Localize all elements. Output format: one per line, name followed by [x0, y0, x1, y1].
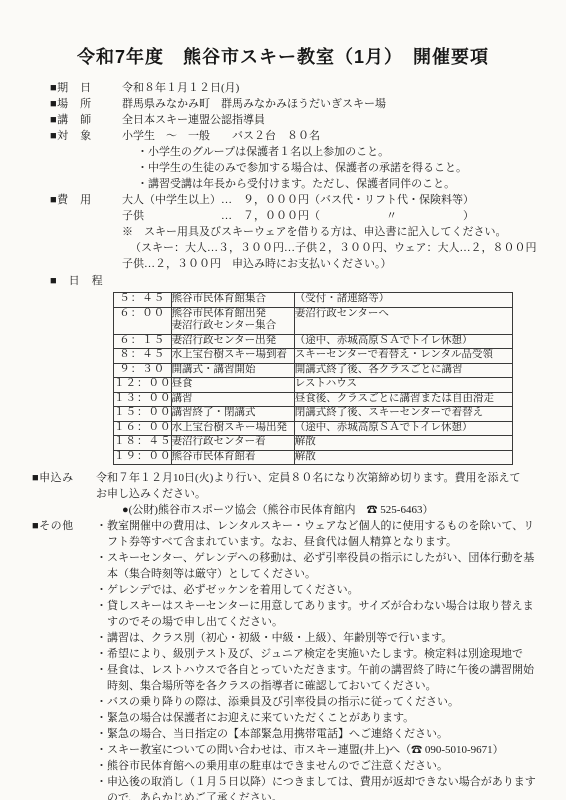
schedule-row: １２：００ 昼食 レストハウス — [114, 378, 513, 393]
schedule-activity: 開講式・講習開始 — [171, 363, 294, 378]
schedule-note: （途中、赤城高原ＳＡでトイレ休憩） — [294, 334, 512, 349]
schedule-time: ９：３０ — [114, 363, 172, 378]
date-value: 令和８年１月１２日(月) — [122, 80, 566, 96]
schedule-time: １８：４５ — [114, 436, 172, 451]
schedule-time: １２：００ — [114, 378, 172, 393]
schedule-activity: 妻沼行政センター着 — [171, 436, 294, 451]
fee-rental-prices: （スキー：大人…３，３００円…子供２，３００円、ウェア：大人…２，８００円 — [0, 240, 566, 256]
schedule-row: １６：００ 水上宝台樹スキー場出発 （途中、赤城高原ＳＡでトイレ休憩） — [114, 421, 513, 436]
schedule-row: １８：４５ 妻沼行政センター着 解散 — [114, 436, 513, 451]
schedule-activity: 妻沼行政センター出発 — [171, 334, 294, 349]
row-target: ■対 象 小学生 ～ 一般 バス２台 ８０名 — [0, 128, 566, 144]
schedule-activity: 水上宝台樹スキー場到着 — [171, 349, 294, 364]
schedule-note: （受付・諸連絡等） — [294, 293, 512, 308]
fee-rental-note: ※ スキー用具及びスキーウェアを借りる方は、申込書に記入してください。 — [0, 224, 566, 240]
date-label: ■期 日 — [50, 80, 122, 96]
schedule-label: ■ 日 程 — [0, 273, 566, 289]
schedule-note: スキーセンターで着替え・レンタル品受領 — [294, 349, 512, 364]
others-item: ・スキーセンター、ゲレンデへの移動は、必ず引率役員の指示にしたがい、団体行動を基… — [96, 550, 538, 582]
application-line1: 令和７年１２月10日(火)より行い、定員８０名になり次第締め切ります。費用を添え… — [96, 470, 538, 486]
schedule-note: レストハウス — [294, 378, 512, 393]
schedule-row: １５：００ 講習終了・閉講式 閉講式終了後、スキーセンターで着替え — [114, 407, 513, 422]
others-list: ・教室開催中の費用は、レンタルスキー・ウェアなど個人的に使用するものを除いて、リ… — [96, 518, 538, 800]
schedule-activity: 講習終了・閉講式 — [171, 407, 294, 422]
others-item: ・申込後の取消し（１月５日以降）につきましては、費用が返却できない場合があります… — [96, 774, 538, 800]
target-note: ・小学生のグループは保護者１名以上参加のこと。 — [0, 144, 566, 160]
schedule-activity-line2: 妻沼行政センター集合 — [172, 320, 294, 333]
schedule-time: ５：４５ — [114, 293, 172, 308]
schedule-time: ８：４５ — [114, 349, 172, 364]
others-item: ・教室開催中の費用は、レンタルスキー・ウェアなど個人的に使用するものを除いて、リ… — [96, 518, 538, 550]
row-date: ■期 日 令和８年１月１２日(月) — [0, 80, 566, 96]
others-section: ■その他 ・教室開催中の費用は、レンタルスキー・ウェアなど個人的に使用するものを… — [0, 518, 566, 800]
target-note: ・講習受講は年長から受付けます。ただし、保護者同伴のこと。 — [0, 176, 566, 192]
target-note: ・中学生の生徒のみで参加する場合は、保護者の承諾を得ること。 — [0, 160, 566, 176]
row-fee: ■費 用 大人（中学生以上）… ９，０００円（バス代・リフト代・保険料等） — [0, 192, 566, 208]
schedule-activity: 講習 — [171, 392, 294, 407]
place-label: ■場 所 — [50, 96, 122, 112]
schedule-activity: 熊谷市民体育館着 — [171, 450, 294, 465]
application-line2: お申し込みください。 — [96, 486, 538, 502]
schedule-time: ６：１５ — [114, 334, 172, 349]
schedule-row: ６：１５ 妻沼行政センター出発 （途中、赤城高原ＳＡでトイレ休憩） — [114, 334, 513, 349]
fee-label: ■費 用 — [50, 192, 122, 208]
fee-rental-prices-cont: 子供…２，３００円 申込み時にお支払いください。） — [0, 256, 566, 272]
schedule-note: 妻沼行政センターへ — [294, 307, 512, 334]
others-item: ・希望により、級別テスト及び、ジュニア検定を実施いたします。検定料は別途現地で — [96, 646, 538, 662]
row-place: ■場 所 群馬県みなかみ町 群馬みなかみほうだいぎスキー場 — [0, 96, 566, 112]
schedule-note: 昼食後、クラスごとに講習または自由滑走 — [294, 392, 512, 407]
schedule-activity: 水上宝台樹スキー場出発 — [171, 421, 294, 436]
page-title: 令和7年度 熊谷市スキー教室（1月） 開催要項 — [0, 44, 566, 70]
schedule-activity-line1: 熊谷市民体育館出発 — [172, 308, 294, 321]
others-item: ・昼食は、レストハウスで各自とっていただきます。午前の講習終了時に午後の講習開始… — [96, 662, 538, 694]
others-item: ・貸しスキーはスキーセンターに用意してあります。サイズが合わない場合は取り替えま… — [96, 598, 538, 630]
schedule-row: ５：４５ 熊谷市民体育館集合 （受付・諸連絡等） — [114, 293, 513, 308]
schedule-time: １９：００ — [114, 450, 172, 465]
schedule-time: １３：００ — [114, 392, 172, 407]
schedule-row: １９：００ 熊谷市民体育館着 解散 — [114, 450, 513, 465]
schedule-time: １５：００ — [114, 407, 172, 422]
others-item: ・バスの乗り降りの際は、添乗員及び引率役員の指示に従ってください。 — [96, 694, 538, 710]
schedule-note: 解散 — [294, 436, 512, 451]
others-item: ・熊谷市民体育館への乗用車の駐車はできませんのでご注意ください。 — [96, 758, 538, 774]
others-item: ・ゲレンデでは、必ずゼッケンを着用してください。 — [96, 582, 538, 598]
target-label: ■対 象 — [50, 128, 122, 144]
schedule-note: 閉講式終了後、スキーセンターで着替え — [294, 407, 512, 422]
row-instructor: ■講 師 全日本スキー連盟公認指導員 — [0, 112, 566, 128]
application-text: 令和７年１２月10日(火)より行い、定員８０名になり次第締め切ります。費用を添え… — [96, 470, 538, 502]
info-section: ■期 日 令和８年１月１２日(月) ■場 所 群馬県みなかみ町 群馬みなかみほう… — [0, 80, 566, 289]
schedule-time: １６：００ — [114, 421, 172, 436]
schedule-row: ６：００ 熊谷市民体育館出発 妻沼行政センター集合 妻沼行政センターへ — [114, 307, 513, 334]
document-page: 令和7年度 熊谷市スキー教室（1月） 開催要項 ■期 日 令和８年１月１２日(月… — [0, 0, 566, 800]
application-label: ■申込み — [32, 470, 96, 502]
application-section: ■申込み 令和７年１２月10日(火)より行い、定員８０名になり次第締め切ります。… — [0, 470, 566, 502]
schedule-note: 開講式終了後、各クラスごとに講習 — [294, 363, 512, 378]
others-label: ■その他 — [32, 518, 96, 800]
others-item: ・スキー教室についての問い合わせは、市スキー連盟(井上)へ（☎ 090-5010… — [96, 742, 538, 758]
instructor-label: ■講 師 — [50, 112, 122, 128]
target-value: 小学生 ～ 一般 バス２台 ８０名 — [122, 128, 566, 144]
schedule-note: 解散 — [294, 450, 512, 465]
schedule-row: １３：００ 講習 昼食後、クラスごとに講習または自由滑走 — [114, 392, 513, 407]
schedule-activity: 昼食 — [171, 378, 294, 393]
schedule-activity: 熊谷市民体育館集合 — [171, 293, 294, 308]
schedule-row: ８：４５ 水上宝台樹スキー場到着 スキーセンターで着替え・レンタル品受領 — [114, 349, 513, 364]
others-item: ・緊急の場合、当日指定の【本部緊急用携帯電話】へご連絡ください。 — [96, 726, 538, 742]
application-contact: ●(公財)熊谷市スポーツ協会（熊谷市民体育館内 ☎ 525-6463） — [0, 502, 566, 518]
instructor-value: 全日本スキー連盟公認指導員 — [122, 112, 566, 128]
others-item: ・緊急の場合は保護者にお迎えに来ていただくことがあります。 — [96, 710, 538, 726]
fee-child: 子供 … ７，０００円（ 〃 ） — [0, 208, 566, 224]
schedule-row: ９：３０ 開講式・講習開始 開講式終了後、各クラスごとに講習 — [114, 363, 513, 378]
fee-adult: 大人（中学生以上）… ９，０００円（バス代・リフト代・保険料等） — [122, 192, 566, 208]
schedule-time: ６：００ — [114, 307, 172, 334]
place-value: 群馬県みなかみ町 群馬みなかみほうだいぎスキー場 — [122, 96, 566, 112]
others-item: ・講習は、クラス別（初心・初級・中級・上級）、年齢別等で行います。 — [96, 630, 538, 646]
schedule-note: （途中、赤城高原ＳＡでトイレ休憩） — [294, 421, 512, 436]
schedule-table: ５：４５ 熊谷市民体育館集合 （受付・諸連絡等） ６：００ 熊谷市民体育館出発 … — [113, 292, 513, 465]
schedule-activity: 熊谷市民体育館出発 妻沼行政センター集合 — [171, 307, 294, 334]
